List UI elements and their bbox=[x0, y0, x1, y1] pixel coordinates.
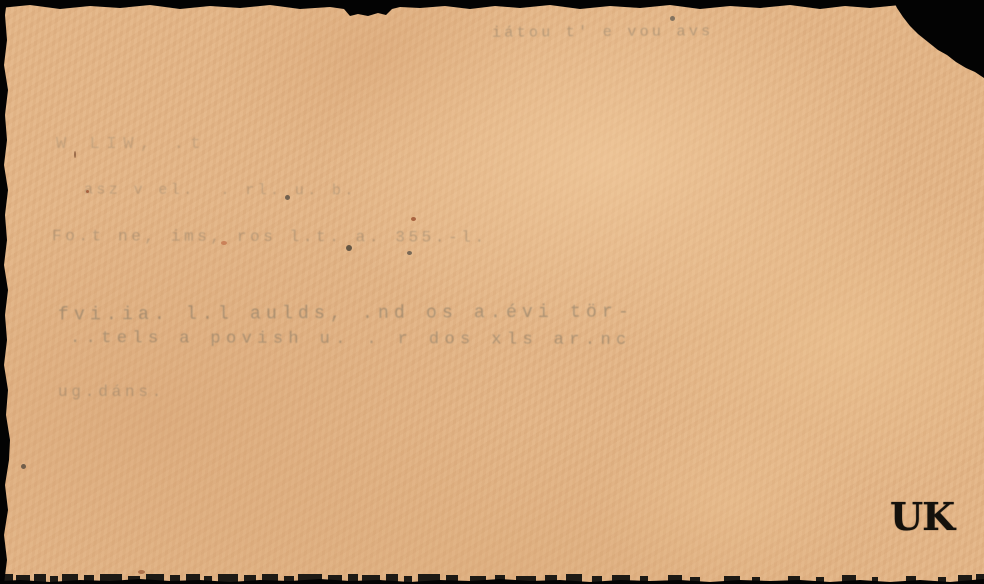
paper-speck bbox=[670, 16, 675, 21]
typewritten-line: ug.dáns. bbox=[58, 383, 165, 401]
cutoff-text-fragment bbox=[348, 574, 358, 582]
typewritten-line: asz v el. . rl. u. b. bbox=[84, 182, 357, 200]
cutoff-text-fragment bbox=[612, 575, 630, 582]
paper-speck bbox=[411, 217, 416, 221]
typewritten-line: Fo.t ne, ims, ros l.t. a. 355.-l. bbox=[52, 227, 488, 247]
cutoff-text-fragment bbox=[690, 577, 700, 582]
paper-surface: iátou t' e vou avsW LIW, .tasz v el. . r… bbox=[0, 0, 984, 584]
paper-speck bbox=[346, 245, 352, 251]
cutoff-text-fragment bbox=[146, 574, 164, 582]
paper-speck bbox=[407, 251, 412, 255]
cutoff-text-fragment bbox=[724, 576, 740, 582]
cutoff-text-fragment bbox=[976, 574, 984, 582]
cutoff-text-fragment bbox=[640, 576, 648, 582]
cutoff-text-fragment bbox=[84, 575, 94, 582]
cutoff-text-fragment bbox=[170, 575, 180, 582]
cutoff-text-fragment bbox=[16, 575, 30, 582]
cutoff-text-fragment bbox=[298, 574, 322, 582]
cutoff-text-fragment bbox=[262, 574, 278, 582]
paper-speck bbox=[74, 151, 76, 158]
cutoff-text-fragment bbox=[128, 576, 140, 582]
cutoff-text-fragment bbox=[938, 577, 946, 582]
cutoff-text-fragment bbox=[470, 576, 486, 582]
typewritten-line: W LIW, .t bbox=[56, 135, 207, 154]
paper-speck bbox=[86, 190, 89, 193]
paper-speck bbox=[221, 241, 227, 245]
cutoff-text-fragment bbox=[386, 574, 398, 582]
cutoff-text-fragment bbox=[816, 577, 824, 582]
cutoff-text-fragment bbox=[404, 576, 412, 582]
cutoff-text-fragment bbox=[545, 575, 557, 582]
cutoff-text-fragment bbox=[186, 574, 200, 582]
cutoff-text-fragment bbox=[566, 574, 582, 582]
cutoff-text-fragment bbox=[34, 574, 46, 582]
scanned-card: iátou t' e vou avsW LIW, .tasz v el. . r… bbox=[0, 0, 984, 584]
cutoff-text-fragment bbox=[906, 576, 916, 582]
cutoff-text-fragment bbox=[516, 576, 536, 582]
paper-speck bbox=[285, 195, 290, 200]
cutoff-text-fragment bbox=[958, 575, 972, 582]
cutoff-text-fragment bbox=[446, 575, 458, 582]
cutoff-text-fragment bbox=[592, 576, 602, 582]
cutoff-text-fragment bbox=[418, 574, 440, 582]
cutoff-text-fragment bbox=[752, 577, 760, 582]
paper-speck bbox=[21, 464, 26, 469]
cutoff-text-fragment bbox=[788, 576, 800, 582]
typewritten-line: fvi.ia. l.l aulds, .nd os a.évi tör- bbox=[58, 302, 634, 325]
paper-speck bbox=[138, 570, 145, 574]
cutoff-text-fragment bbox=[495, 575, 505, 582]
cutoff-text-fragment bbox=[668, 575, 682, 582]
cutoff-text-fragment bbox=[50, 576, 58, 582]
cutoff-text-fragment bbox=[218, 574, 238, 582]
cutoff-text-fragment bbox=[204, 576, 212, 582]
cutoff-text-fragment bbox=[284, 576, 294, 582]
cutoff-text-fragment bbox=[872, 577, 878, 582]
cutoff-text-fragment bbox=[842, 575, 856, 582]
cutoff-text-fragment bbox=[100, 574, 122, 582]
typewritten-line: iátou t' e vou avs bbox=[492, 23, 714, 42]
cutoff-text-fragment bbox=[2, 574, 13, 582]
typewritten-line: ..tels a povish u. . r dos xls ar.nc bbox=[70, 329, 632, 350]
cutoff-text-fragment bbox=[362, 575, 380, 582]
cutoff-text-fragment bbox=[328, 575, 342, 582]
uk-mark: UK bbox=[890, 498, 954, 536]
cutoff-text-fragment bbox=[62, 574, 78, 582]
cutoff-text-fragment bbox=[244, 575, 256, 582]
